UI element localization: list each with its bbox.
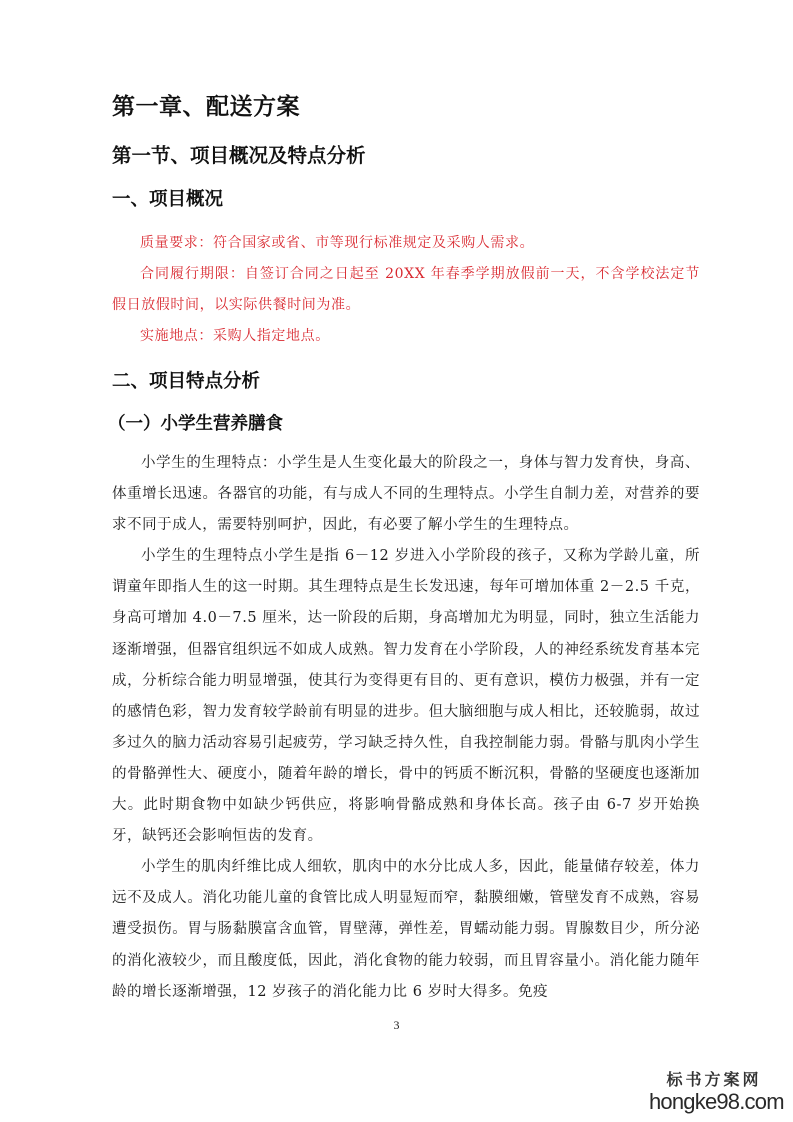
section-title: 第一节、项目概况及特点分析 bbox=[112, 142, 700, 170]
page-number: 3 bbox=[0, 1018, 793, 1033]
body-paragraph: 小学生的肌肉纤维比成人细软，肌肉中的水分比成人多，因此，能量储存较差，体力远不及… bbox=[112, 852, 700, 1007]
project-features-heading: 二、项目特点分析 bbox=[112, 368, 700, 396]
watermark-url: hongke98.com bbox=[649, 1090, 779, 1114]
site-watermark: 标书方案网 hongke98.com bbox=[649, 1070, 779, 1114]
watermark-site-name: 标书方案网 bbox=[649, 1070, 779, 1090]
implementation-location: 实施地点：采购人指定地点。 bbox=[112, 321, 700, 352]
chapter-title: 第一章、配送方案 bbox=[112, 92, 700, 122]
document-page: 第一章、配送方案 第一节、项目概况及特点分析 一、项目概况 质量要求：符合国家或… bbox=[0, 0, 793, 1122]
project-overview-block: 质量要求：符合国家或省、市等现行标准规定及采购人需求。 合同履行期限：自签订合同… bbox=[112, 228, 700, 352]
student-nutrition-heading: （一）小学生营养膳食 bbox=[108, 410, 700, 438]
project-overview-heading: 一、项目概况 bbox=[112, 186, 700, 214]
body-paragraph: 小学生的生理特点：小学生是人生变化最大的阶段之一，身体与智力发育快，身高、体重增… bbox=[112, 448, 700, 541]
body-paragraph: 小学生的生理特点小学生是指 6－12 岁进入小学阶段的孩子，又称为学龄儿童，所谓… bbox=[112, 541, 700, 852]
page-content: 第一章、配送方案 第一节、项目概况及特点分析 一、项目概况 质量要求：符合国家或… bbox=[112, 92, 700, 1008]
quality-requirement: 质量要求：符合国家或省、市等现行标准规定及采购人需求。 bbox=[112, 228, 700, 259]
contract-period: 合同履行期限：自签订合同之日起至 20XX 年春季学期放假前一天，不含学校法定节… bbox=[112, 259, 700, 321]
